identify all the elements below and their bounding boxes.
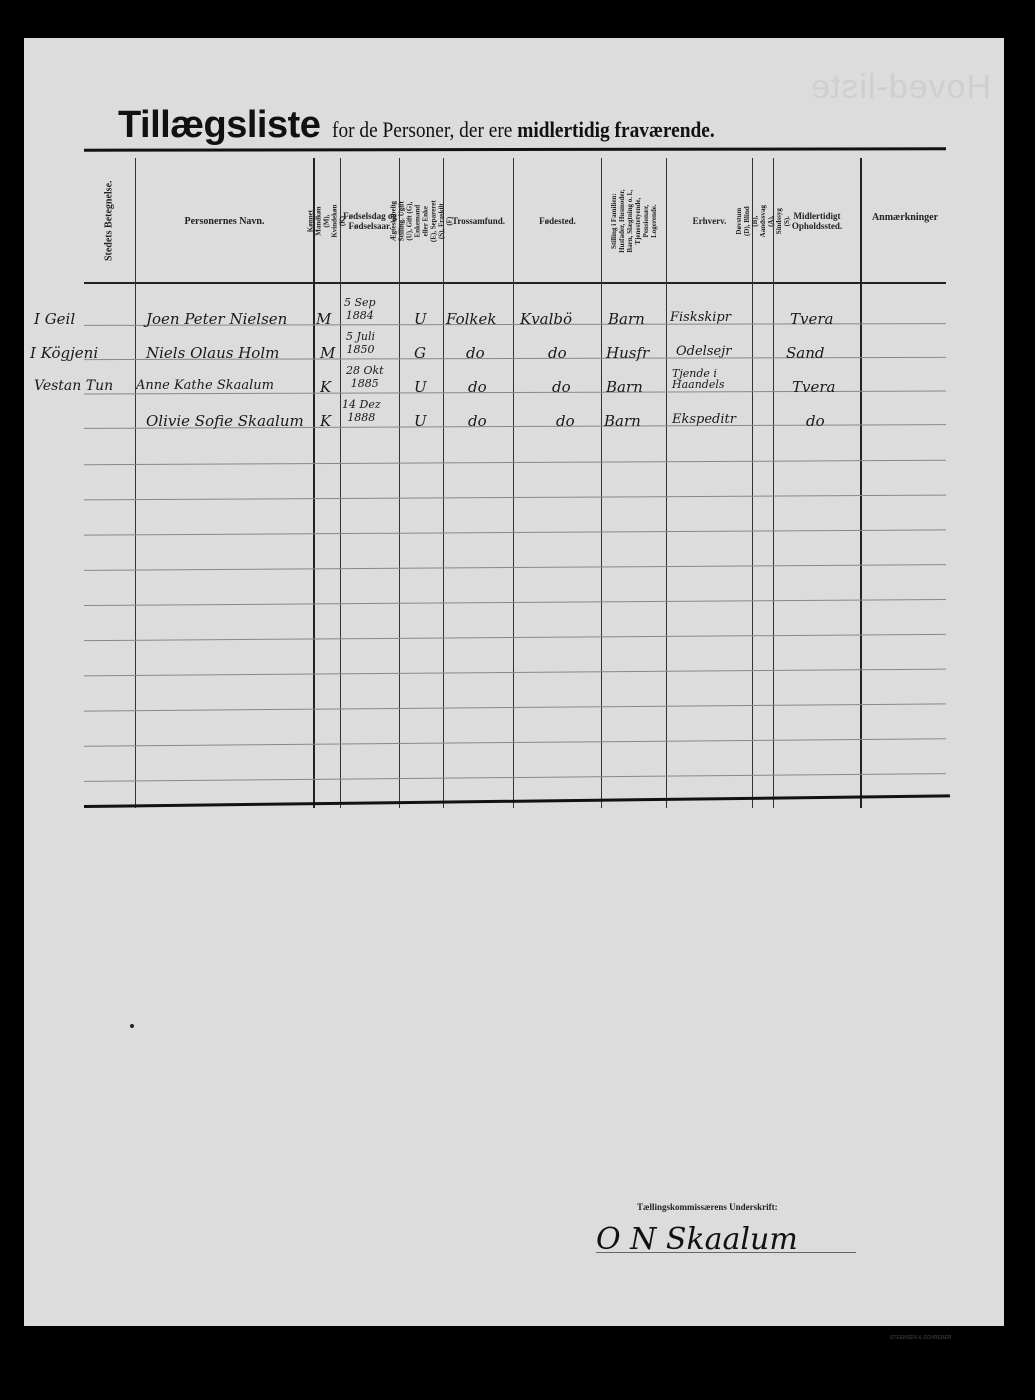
cell-navn: Joen Peter Nielsen	[146, 310, 287, 328]
ink-mark	[130, 1024, 134, 1028]
title-subtitle: for de Personer, der ere midlertidig fra…	[332, 117, 715, 143]
cell-erhverv: Fiskskipr	[670, 310, 731, 325]
cell-fodested: do	[552, 378, 571, 396]
cell-kjon: K	[320, 378, 331, 396]
header-stedets-betegnelse: Stedets Betegnelse.	[84, 162, 134, 280]
cell-opholdssted: do	[806, 412, 825, 430]
cell-erhverv: Odelsejr	[676, 344, 731, 359]
cell-opholdssted: Tvera	[792, 378, 835, 396]
cell-fodsel: 5 Juli1850	[346, 330, 375, 356]
cell-egteskab: U	[414, 310, 427, 328]
cell-navn: Olivie Sofie Skaalum	[146, 412, 304, 430]
cell-opholdssted: Sand	[786, 344, 824, 362]
cell-erhverv: Tjende i Haandels	[672, 368, 758, 390]
cell-egteskab: U	[414, 378, 427, 396]
bleed-through-text: Hoved-liste	[810, 68, 991, 107]
cell-tro: do	[466, 344, 485, 362]
cell-navn: Anne Kathe Skaalum	[136, 378, 274, 393]
cell-fodested: Kvalbö	[520, 310, 572, 328]
form-title: Tillægsliste for de Personer, der ere mi…	[118, 104, 767, 147]
cell-stilling: Barn	[606, 378, 643, 396]
cell-tro: do	[468, 378, 487, 396]
cell-stilling: Barn	[608, 310, 645, 328]
cell-fodsel: 5 Sep1884	[344, 296, 376, 322]
cell-kjon: M	[316, 310, 331, 328]
header-personernes-navn: Personernes Navn.	[136, 162, 313, 280]
title-main: Tillægsliste	[118, 104, 320, 146]
signature-line	[596, 1252, 856, 1253]
cell-kjon: K	[320, 412, 331, 430]
cell-sted: I Kögjeni	[30, 344, 98, 362]
header-stilling-i-familien: Stilling i Familien: Husfader, Husmoder,…	[602, 162, 666, 280]
signature-label: Tællingskommissærens Underskrift:	[637, 1202, 778, 1212]
header-bottom-rule	[84, 282, 946, 284]
cell-fodested: do	[556, 412, 575, 430]
cell-stilling: Barn	[604, 412, 641, 430]
cell-fodsel: 28 Okt1885	[346, 364, 384, 390]
header-fodested: Fødested.	[514, 162, 601, 280]
header-anmaerkninger: Anmærkninger	[861, 162, 949, 280]
header-trossamfund: Trossamfund.	[444, 162, 513, 280]
header-midlertidigt-opholdssted: Midlertidigt Opholdssted.	[774, 162, 860, 280]
printer-imprint: STEENSEN & SCHREBER	[890, 1335, 951, 1341]
cell-opholdssted: Tvera	[790, 310, 833, 328]
cell-tro: Folkek	[446, 310, 496, 328]
header-kjonnet: Kønnet Mandkøn (M), Kvindekøn (K)	[314, 162, 340, 280]
cell-sted: I Geil	[34, 310, 75, 328]
cell-stilling: Husfr	[606, 344, 649, 362]
header-dovstum-blind: Døvstum (D), Blind (B), Aandssvag (A), S…	[753, 162, 773, 280]
scan-border	[1004, 38, 1035, 1400]
cell-sted: Vestan Tun	[34, 378, 113, 394]
cell-egteskab: U	[414, 412, 427, 430]
title-subtitle-bold: midlertidig fraværende.	[518, 117, 716, 142]
header-egteskabelig-stilling: Ægteskabelig Stilling. Ugift (U), Gift (…	[400, 162, 443, 280]
cell-erhverv: Ekspeditr	[672, 412, 736, 427]
cell-egteskab: G	[414, 344, 426, 362]
cell-navn: Niels Olaus Holm	[146, 344, 279, 362]
cell-fodested: do	[548, 344, 567, 362]
cell-tro: do	[468, 412, 487, 430]
cell-fodsel: 14 Dez1888	[342, 398, 381, 424]
cell-kjon: M	[320, 344, 335, 362]
